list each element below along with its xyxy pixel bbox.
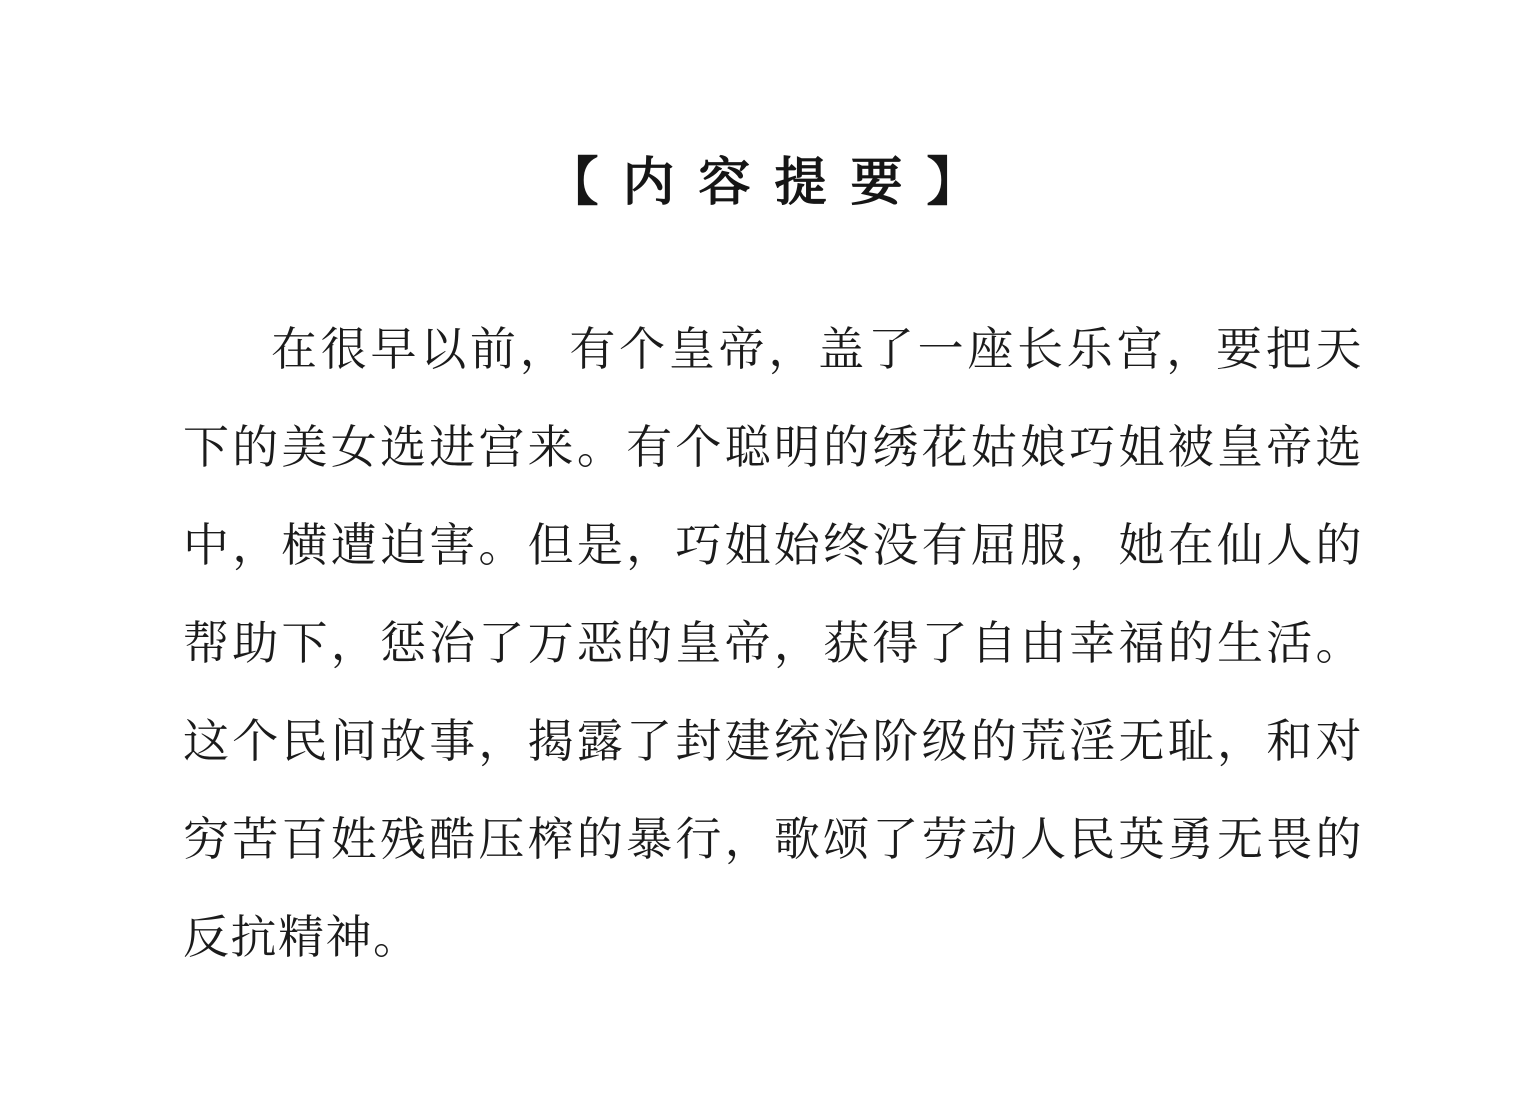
document-page: 【内容提要】 在很早以前，有个皇帝，盖了一座长乐宫，要把天下的美女选进宫来。有个… xyxy=(0,0,1525,1113)
page-title: 【内容提要】 xyxy=(0,140,1525,215)
summary-paragraph: 在很早以前，有个皇帝，盖了一座长乐宫，要把天下的美女选进宫来。有个聪明的绣花姑娘… xyxy=(183,300,1363,986)
